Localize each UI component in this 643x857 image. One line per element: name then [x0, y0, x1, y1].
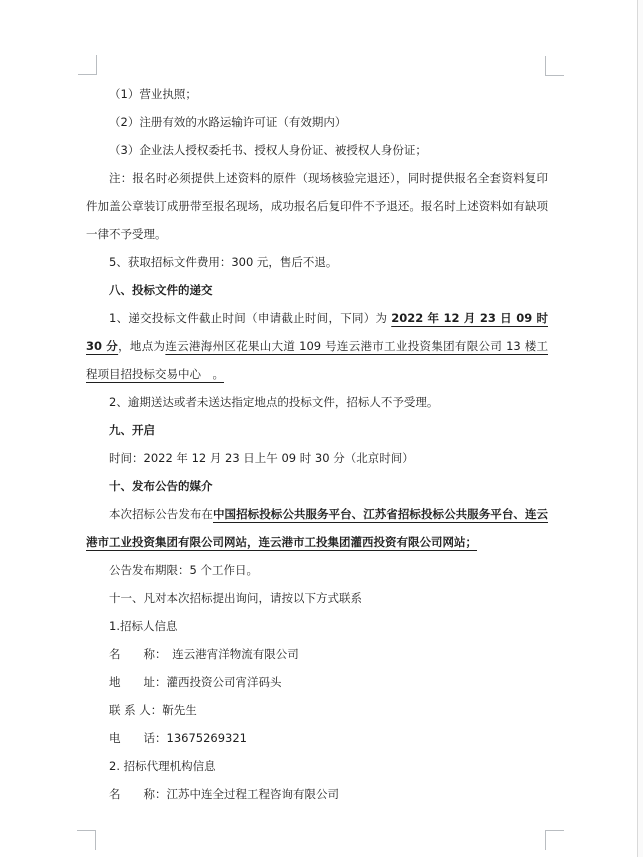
- text-run: 注：报名时必须提供上述资料的原件（现场核验完退还），同时提供报名全套资料复印件加…: [86, 171, 548, 241]
- text-run: 2、逾期送达或者未送达指定地点的投标文件，招标人不予受理。: [109, 395, 438, 409]
- clause-submission-deadline: 1、递交投标文件截止时间（申请截止时间，下同）为 2022 年 12 月 23 …: [86, 304, 548, 388]
- text-run: 九、开启: [109, 423, 155, 437]
- document-page: （1）营业执照；（2）注册有效的水路运输许可证（有效期内）（3）企业法人授权委托…: [0, 0, 638, 857]
- text-run: 时间：2022 年 12 月 23 日上午 09 时 30 分（北京时间）: [109, 451, 414, 465]
- clause-late-delivery: 2、逾期送达或者未送达指定地点的投标文件，招标人不予受理。: [86, 388, 548, 416]
- text-run: （2）注册有效的水路运输许可证（有效期内）: [109, 115, 346, 129]
- field-tenderer-name: 名 称： 连云港宵洋物流有限公司: [86, 640, 548, 668]
- text-run: 5、获取招标文件费用：300 元，售后不退。: [109, 255, 337, 269]
- text-run: 2. 招标代理机构信息: [109, 759, 216, 773]
- text-run: 1、递交投标文件截止时间（申请截止时间，下同）为: [109, 311, 391, 325]
- document-viewport: （1）营业执照；（2）注册有效的水路运输许可证（有效期内）（3）企业法人授权委托…: [0, 0, 643, 857]
- note-registration-materials: 注：报名时必须提供上述资料的原件（现场核验完退还），同时提供报名全套资料复印件加…: [86, 164, 548, 248]
- item-authorization: （3）企业法人授权委托书、授权人身份证、被授权人身份证；: [86, 136, 548, 164]
- clause-announcement-platforms: 本次招标公告发布在中国招标投标公共服务平台、江苏省招标投标公共服务平台、连云港市…: [86, 500, 548, 556]
- text-run: 十一、凡对本次招标提出询问，请按以下方式联系: [109, 591, 362, 605]
- item-business-license: （1）营业执照；: [86, 80, 548, 108]
- label-agency-info: 2. 招标代理机构信息: [86, 752, 548, 780]
- item-transport-permit: （2）注册有效的水路运输许可证（有效期内）: [86, 108, 548, 136]
- text-run: 名 称： 连云港宵洋物流有限公司: [109, 647, 299, 661]
- field-contact-phone: 电 话：13675269321: [86, 724, 548, 752]
- text-run: 十、发布公告的媒介: [109, 479, 213, 493]
- field-agency-name: 名 称：江苏中连全过程工程咨询有限公司: [86, 780, 548, 808]
- document-body: （1）营业执照；（2）注册有效的水路运输许可证（有效期内）（3）企业法人授权委托…: [86, 80, 548, 808]
- heading-announcement-media: 十、发布公告的媒介: [86, 472, 548, 500]
- text-run: 八、投标文件的递交: [109, 283, 213, 297]
- text-run: 1.招标人信息: [109, 619, 177, 633]
- text-run: 名 称：江苏中连全过程工程咨询有限公司: [109, 787, 339, 801]
- clause-announcement-period: 公告发布期限：5 个工作日。: [86, 556, 548, 584]
- clause-document-fee: 5、获取招标文件费用：300 元，售后不退。: [86, 248, 548, 276]
- clause-inquiry-contact: 十一、凡对本次招标提出询问，请按以下方式联系: [86, 584, 548, 612]
- text-run: 电 话：13675269321: [109, 731, 247, 745]
- clause-opening-time: 时间：2022 年 12 月 23 日上午 09 时 30 分（北京时间）: [86, 444, 548, 472]
- heading-bid-submission: 八、投标文件的递交: [86, 276, 548, 304]
- text-run: 地 址：灌西投资公司宵洋码头: [109, 675, 282, 689]
- margin-crop-mark-bottom-right: [545, 830, 564, 850]
- text-run: （3）企业法人授权委托书、授权人身份证、被授权人身份证；: [109, 143, 427, 157]
- text-run: ，地点为: [118, 339, 165, 353]
- margin-crop-mark-bottom-left: [77, 830, 96, 850]
- text-run: 公告发布期限：5 个工作日。: [109, 563, 258, 577]
- label-tenderer-info: 1.招标人信息: [86, 612, 548, 640]
- text-run: （1）营业执照；: [109, 87, 197, 101]
- text-run: 本次招标公告发布在: [109, 507, 213, 521]
- margin-crop-mark-top-right: [545, 56, 564, 76]
- field-contact-person: 联 系 人：靳先生: [86, 696, 548, 724]
- field-tenderer-address: 地 址：灌西投资公司宵洋码头: [86, 668, 548, 696]
- margin-crop-mark-top-left: [78, 55, 97, 75]
- text-run: 联 系 人：靳先生: [109, 703, 197, 717]
- heading-opening: 九、开启: [86, 416, 548, 444]
